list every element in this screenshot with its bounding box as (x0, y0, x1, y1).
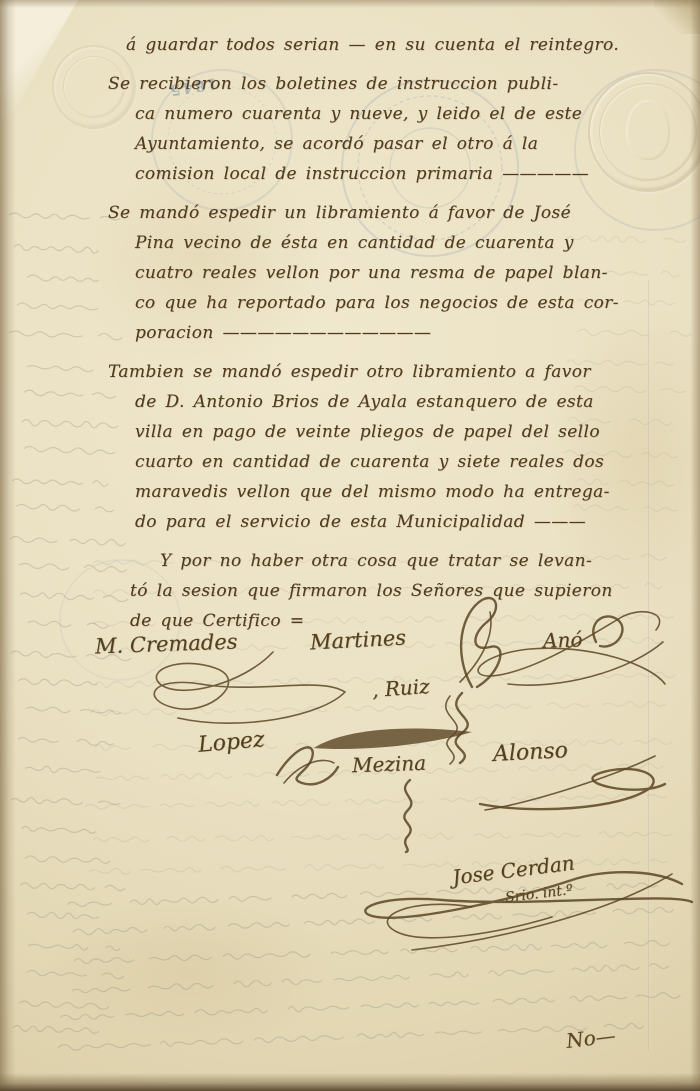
manuscript-line: Y por no haber otra cosa que tratar se l… (160, 546, 684, 576)
manuscript-line: á guardar todos serian — en su cuenta el… (126, 30, 684, 60)
manuscript-line: poracion ———————————— (135, 318, 684, 348)
manuscript-line: cuarto en cantidad de cuarenta y siete r… (135, 447, 684, 477)
manuscript-line: villa en pago de veinte pliegos de papel… (135, 417, 684, 447)
rubric-flourish (390, 778, 430, 854)
torn-corner (654, 0, 700, 34)
signature-ano: Anó (543, 627, 583, 652)
manuscript-line: tó la sesion que firmaron los Señores qu… (130, 576, 684, 606)
manuscript-line: co que ha reportado para los negocios de… (135, 288, 684, 318)
manuscript-line: Se mandó espedir un libramiento á favor … (108, 198, 684, 228)
manuscript-line: ca numero cuarenta y nueve, y leido el d… (135, 99, 684, 129)
signature-mezina: Mezina (352, 751, 427, 778)
page-edge (0, 1073, 700, 1091)
manuscript-text: á guardar todos serian — en su cuenta el… (108, 30, 684, 645)
paragraph: Se recibieron los boletines de instrucci… (108, 69, 684, 189)
signature-alonso: Alonso (492, 738, 568, 767)
manuscript-line: Se recibieron los boletines de instrucci… (108, 69, 684, 99)
paragraph: á guardar todos serian — en su cuenta el… (108, 30, 684, 60)
rubric-flourish (272, 733, 344, 793)
manuscript-page: 1845 á guardar todos serian — en su cuen… (0, 0, 700, 1091)
manuscript-line: maravedis vellon que del mismo modo ha e… (135, 477, 684, 507)
signature-cremades: M. Cremades (95, 630, 238, 659)
manuscript-line: do para el servicio de esta Municipalida… (135, 507, 684, 537)
manuscript-line: Pina vecino de ésta en cantidad de cuare… (135, 228, 684, 258)
manuscript-line: cuatro reales vellon por una resma de pa… (135, 258, 684, 288)
page-edge (0, 0, 16, 1091)
manuscript-line: comision local de instruccion primaria —… (135, 159, 684, 189)
manuscript-line: de D. Antonio Brios de Ayala estanquero … (135, 387, 684, 417)
paragraph: Y por no haber otra cosa que tratar se l… (108, 546, 684, 636)
page-edge (0, 0, 700, 8)
signature-martines: Martines (309, 626, 406, 655)
manuscript-line: Tambien se mandó espedir otro libramient… (108, 357, 684, 387)
catchword: No— (565, 1023, 617, 1053)
torn-corner (0, 0, 86, 128)
paper-stain (40, 891, 340, 1051)
manuscript-line: Ayuntamiento, se acordó pasar el otro á … (135, 129, 684, 159)
signature-secretary-title: Srio. int.º (504, 882, 573, 906)
rubric-flourish (420, 688, 500, 768)
rubric-flourish (118, 646, 353, 738)
paragraph: Tambien se mandó espedir otro libramient… (108, 357, 684, 537)
signature-ruiz: , Ruiz (371, 674, 430, 702)
paragraph: Se mandó espedir un libramiento á favor … (108, 198, 684, 348)
signature-lopez: Lopez (197, 727, 265, 758)
page-edge (690, 0, 700, 1091)
